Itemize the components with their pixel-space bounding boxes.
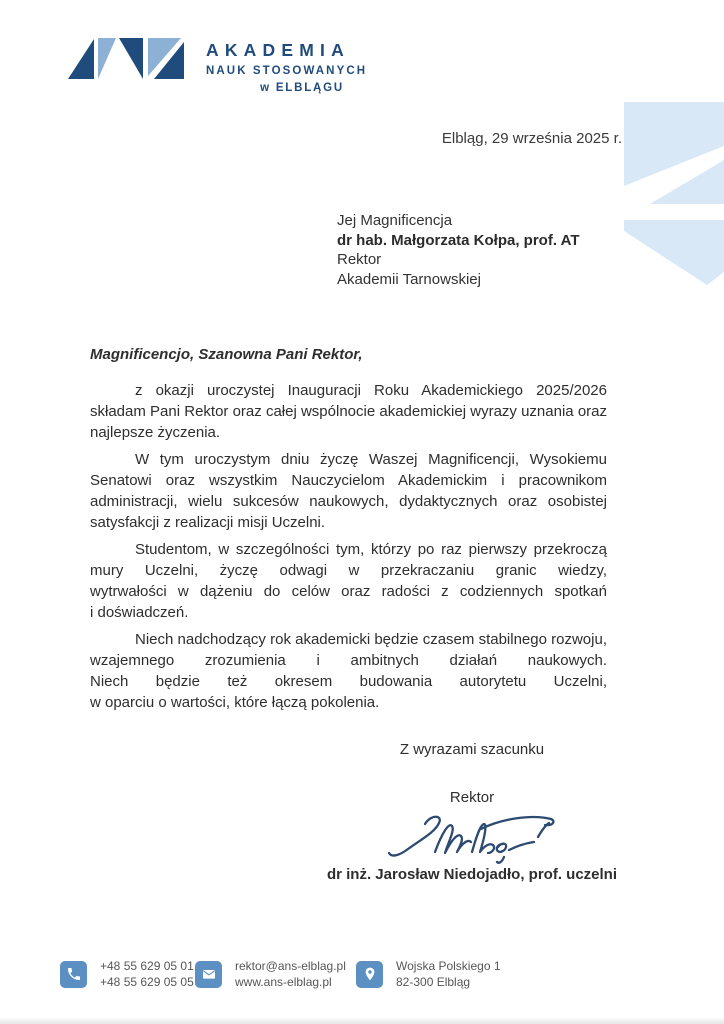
letter-body: z okazji uroczystej Inauguracji Roku Aka… — [90, 380, 607, 719]
footer-address: Wojska Polskiego 1 82-300 Elbląg — [356, 958, 501, 990]
body-line: wytrwałości w dążeniu do celów oraz rado… — [90, 581, 607, 602]
body-line: i doświadczeń. — [90, 602, 607, 623]
envelope-icon — [195, 961, 222, 988]
body-line: Niech nadchodzący rok akademicki będzie … — [90, 629, 607, 650]
email-address: rektor@ans-elblag.pl — [235, 958, 346, 974]
recipient-block: Jej Magnificencja dr hab. Małgorzata Koł… — [337, 211, 580, 289]
handwritten-signature-icon — [385, 808, 567, 864]
ans-triangles-logo-icon — [68, 38, 184, 79]
phone-number-1: +48 55 629 05 01 — [100, 958, 194, 974]
footer-phone-text: +48 55 629 05 01 +48 55 629 05 05 — [100, 958, 194, 990]
closing-regards: Z wyrazami szacunku — [312, 741, 632, 758]
university-logo: AKADEMIA NAUK STOSOWANYCH w ELBLĄGU — [68, 38, 344, 94]
letter-page: AKADEMIA NAUK STOSOWANYCH w ELBLĄGU Elbl… — [0, 0, 724, 1024]
footer-contact-strip: +48 55 629 05 01 +48 55 629 05 05 rektor… — [0, 958, 724, 1004]
recipient-title: Rektor — [337, 250, 580, 270]
signer-name: dr inż. Jarosław Niedojadło, prof. uczel… — [312, 866, 632, 883]
scan-edge-shadow — [0, 1017, 724, 1024]
phone-number-2: +48 55 629 05 05 — [100, 974, 194, 990]
footer-email: rektor@ans-elblag.pl www.ans-elblag.pl — [195, 958, 346, 990]
footer-phone: +48 55 629 05 01 +48 55 629 05 05 — [60, 958, 194, 990]
recipient-institution: Akademii Tarnowskiej — [337, 270, 580, 290]
body-line: Studentom, w szczególności tym, którzy p… — [90, 539, 607, 560]
body-line: składam Pani Rektor oraz całej wspólnoci… — [90, 401, 607, 422]
logo-watermark — [622, 100, 724, 290]
location-pin-icon — [356, 961, 383, 988]
logo-location: w ELBLĄGU — [206, 82, 344, 94]
paragraph-2: W tym uroczystym dniu życzę Waszej Magni… — [90, 449, 607, 533]
body-line: satysfakcji z realizacji misji Uczelni. — [90, 512, 607, 533]
body-line: z okazji uroczystej Inauguracji Roku Aka… — [90, 380, 607, 401]
logo-wordmark: AKADEMIA NAUK STOSOWANYCH w ELBLĄGU — [206, 42, 344, 94]
paragraph-3: Studentom, w szczególności tym, którzy p… — [90, 539, 607, 623]
body-line: Senatowi oraz wszystkim Nauczycielom Aka… — [90, 470, 607, 491]
body-line: mury Uczelni, życzę odwagi w przekraczan… — [90, 560, 607, 581]
logo-title: AKADEMIA — [206, 42, 344, 59]
logo-subtitle: NAUK STOSOWANYCH — [206, 65, 344, 77]
signer-role: Rektor — [312, 789, 632, 806]
body-line: w oparciu o wartości, które łączą pokole… — [90, 692, 607, 713]
footer-address-text: Wojska Polskiego 1 82-300 Elbląg — [396, 958, 501, 990]
body-line: administracji, wielu sukcesów naukowych,… — [90, 491, 607, 512]
phone-icon — [60, 961, 87, 988]
postal-city: 82-300 Elbląg — [396, 974, 501, 990]
date-line: Elbląg, 29 września 2025 r. — [380, 130, 622, 147]
paragraph-4: Niech nadchodzący rok akademicki będzie … — [90, 629, 607, 713]
paragraph-1: z okazji uroczystej Inauguracji Roku Aka… — [90, 380, 607, 443]
closing-block: Z wyrazami szacunku Rektor dr inż. Jaros… — [312, 741, 632, 883]
website-url: www.ans-elblag.pl — [235, 974, 346, 990]
body-line: Niech będzie też okresem budowania autor… — [90, 671, 607, 692]
footer-email-text: rektor@ans-elblag.pl www.ans-elblag.pl — [235, 958, 346, 990]
body-line: W tym uroczystym dniu życzę Waszej Magni… — [90, 449, 607, 470]
recipient-name: dr hab. Małgorzata Kołpa, prof. AT — [337, 231, 580, 251]
body-line: najlepsze życzenia. — [90, 422, 607, 443]
recipient-honorific: Jej Magnificencja — [337, 211, 580, 231]
street-address: Wojska Polskiego 1 — [396, 958, 501, 974]
salutation: Magnificencjo, Szanowna Pani Rektor, — [90, 346, 363, 363]
body-line: wzajemnego zrozumienia i ambitnych dział… — [90, 650, 607, 671]
